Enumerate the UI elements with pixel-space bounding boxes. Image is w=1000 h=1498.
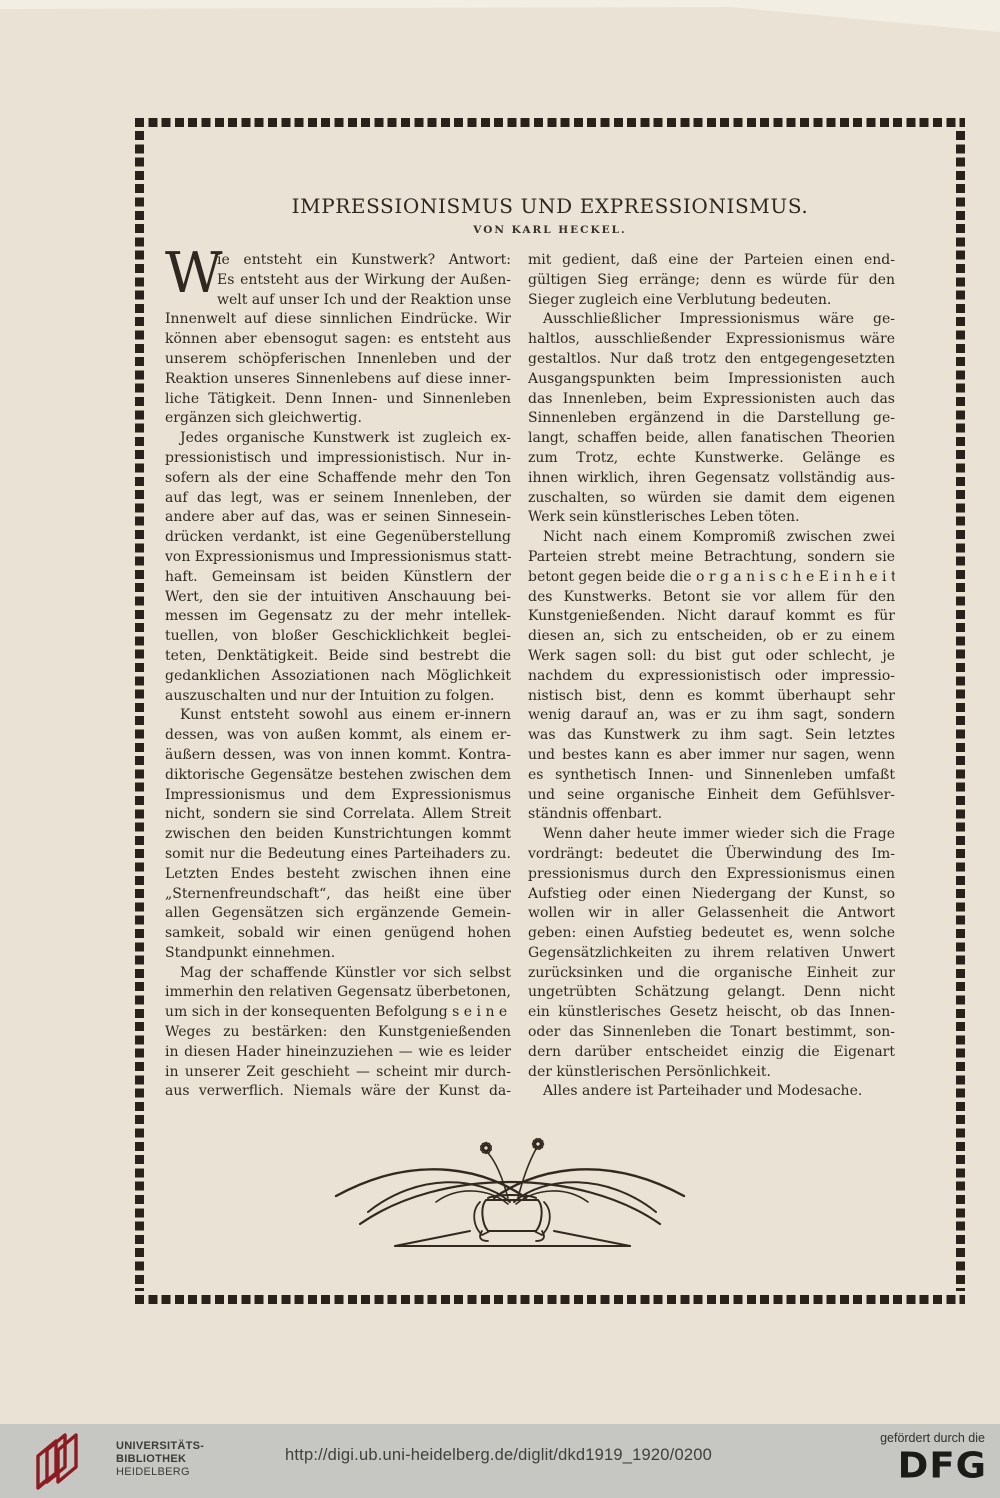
article-body: Wie entsteht ein Kunstwerk? Antwort:Es e… — [165, 251, 895, 1102]
paragraph: mit gedient, daß eine der Parteien einen… — [528, 251, 895, 310]
text-line: der künstlerischen Persönlichkeit. — [528, 1063, 895, 1083]
university-library-heidelberg-logo-icon — [28, 1432, 106, 1492]
text-line: auszuschalten und nur der Intuition zu f… — [165, 687, 511, 707]
text-line: gültigen Sieg erränge; denn es würde für… — [528, 271, 895, 291]
text-line: in unserer Zeit geschieht — scheint mir … — [165, 1063, 511, 1083]
text-line: gedanklichen Assoziationen nach Möglichk… — [165, 667, 511, 687]
text-line: Standpunkt einnehmen. — [165, 944, 511, 964]
text-line: aus verwerflich. Niemals wäre der Kunst … — [165, 1082, 511, 1102]
text-line: „Sternenfreundschaft“, das heißt eine üb… — [165, 885, 511, 905]
text-line: unserem schöpferischen Innenleben und de… — [165, 350, 511, 370]
page-scan-edge — [0, 0, 1000, 34]
text-line: wollen wir in aller Gelassenheit die Ant… — [528, 904, 895, 924]
text-line: Nicht nach einem Kompromiß zwischen zwei — [528, 528, 895, 548]
text-line: oder das Sinnenleben die Tonart bestimmt… — [528, 1023, 895, 1043]
text-line: Letzten Endes besteht zwischen ihnen ein… — [165, 865, 511, 885]
text-line: teten, Denktätigkeit. Beide sind bestreb… — [165, 647, 511, 667]
text-line: Kunst entsteht sowohl aus einem er-inner… — [165, 706, 511, 726]
text-line: pressionismus durch den Expressionismus … — [528, 865, 895, 885]
paragraph: Jedes organische Kunstwerk ist zugleich … — [165, 429, 511, 706]
text-line: zum Trotz, echte Kunstwerke. Gelänge es — [528, 449, 895, 469]
text-line: ergänzen sich gleichwertig. — [165, 409, 511, 429]
text-line: Wenn daher heute immer wieder sich die F… — [528, 825, 895, 845]
text-line: welt auf unser Ich und der Reaktion unse… — [217, 291, 511, 311]
text-line: nachdem du expressionistisch oder impres… — [528, 667, 895, 687]
text-line: Werk sagen soll: du bist gut oder schlec… — [528, 647, 895, 667]
text-line: betont gegen beide die o r g a n i s c h… — [528, 568, 895, 588]
text-line: Alles andere ist Parteihader und Modesac… — [528, 1082, 895, 1102]
text-line: Reaktion unseres Sinnenlebens auf diese … — [165, 370, 511, 390]
paragraph: Nicht nach einem Kompromiß zwischen zwei… — [528, 528, 895, 825]
funding-note: gefördert durch die — [880, 1431, 985, 1445]
text-line: zwischen den beiden Kunstrichtungen komm… — [165, 825, 511, 845]
library-name-line1: UNIVERSITÄTS- — [116, 1440, 204, 1453]
text-line: ie entsteht ein Kunstwerk? Antwort: — [217, 251, 511, 271]
digitized-document-url: http://digi.ub.uni-heidelberg.de/diglit/… — [285, 1446, 712, 1465]
text-line: das Innenleben, beim Expressionisten auc… — [528, 390, 895, 410]
text-line: Es entsteht aus der Wirkung der Außen- — [217, 271, 511, 291]
text-line: ungetrübten Schätzung gelangt. Denn nich… — [528, 983, 895, 1003]
paragraph: Ausschließlicher Impressionismus wäre ge… — [528, 310, 895, 528]
text-line: liche Tätigkeit. Denn Innen- und Sinnenl… — [165, 390, 511, 410]
text-line: in diesen Hader hineinzuziehen — wie es … — [165, 1043, 511, 1063]
text-line: nicht, sondern sie sind Correlata. Allem… — [165, 805, 511, 825]
text-line: zurücksinken und die organische Einheit … — [528, 964, 895, 984]
text-line: ihnen wirklich, ihren Gegensatz vollstän… — [528, 469, 895, 489]
text-line: Gegensätzlichkeiten zu ihrem relativen U… — [528, 944, 895, 964]
text-line: Jedes organische Kunstwerk ist zugleich … — [165, 429, 511, 449]
text-line: Aufstieg oder einen Niedergang der Kunst… — [528, 885, 895, 905]
text-line: und seine organische Einheit dem Gefühls… — [528, 786, 895, 806]
text-line: Parteien strebt meine Betrachtung, sonde… — [528, 548, 895, 568]
text-line: samkeit, sobald wir einen genügend hohen — [165, 924, 511, 944]
text-line: wenig darauf an, was er zu ihm sagt, son… — [528, 706, 895, 726]
paragraph: Alles andere ist Parteihader und Modesac… — [528, 1082, 895, 1102]
scanned-page: IMPRESSIONISMUS UND EXPRESSIONISMUS. VON… — [0, 0, 1000, 1424]
text-line: ein künstlerisches Gesetz heischt, ob da… — [528, 1003, 895, 1023]
text-line: haft. Gemeinsam ist beiden Künstlern der — [165, 568, 511, 588]
text-line: mit gedient, daß eine der Parteien einen… — [528, 251, 895, 271]
text-line: tuellen, von bloßer Geschicklichkeit beg… — [165, 627, 511, 647]
text-line: diesen an, sich zu entscheiden, ob er zu… — [528, 627, 895, 647]
library-name-line3: HEIDELBERG — [116, 1466, 204, 1479]
text-line: messen im Gegensatz zu der mehr intellek… — [165, 607, 511, 627]
text-line: zuschalten, so würden sie damit dem eige… — [528, 489, 895, 509]
text-line: immerhin den relativen Gegensatz überbet… — [165, 983, 511, 1003]
library-name-line2: BIBLIOTHEK — [116, 1453, 204, 1466]
text-line: somit nur die Bedeutung eines Parteihade… — [165, 845, 511, 865]
text-line: Mag der schaffende Künstler vor sich sel… — [165, 964, 511, 984]
text-line: ständnis offenbart. — [528, 805, 895, 825]
text-line: und bestes kann es aber immer nur sagen,… — [528, 746, 895, 766]
text-line: Wert, den sie der intuitiven Anschauung … — [165, 588, 511, 608]
text-line: es synthetisch Innen- und Sinnenleben um… — [528, 766, 895, 786]
text-line: dessen, was von außen kommt, als einem e… — [165, 726, 511, 746]
text-line: Ausgangspunkten beim Impressionisten auc… — [528, 370, 895, 390]
paragraph: Wie entsteht ein Kunstwerk? Antwort:Es e… — [165, 251, 511, 429]
text-line: Kunstgenießenden. Nicht darauf kommt es … — [528, 607, 895, 627]
border-left — [135, 131, 144, 1291]
text-line: Impressionismus und dem Expressionismus — [165, 786, 511, 806]
text-line: vordrängt: bedeutet die Überwindung des … — [528, 845, 895, 865]
text-line: Innenwelt auf diese sinnlichen Eindrücke… — [165, 310, 511, 330]
text-line: haltlos, ausschließender Expressionismus… — [528, 330, 895, 350]
text-line: auf das legt, was er seinem Innenleben, … — [165, 489, 511, 509]
paragraph: Wenn daher heute immer wieder sich die F… — [528, 825, 895, 1082]
article-byline: VON KARL HECKEL. — [135, 224, 965, 236]
text-line: können aber ebensogut sagen: es entsteht… — [165, 330, 511, 350]
text-line: Sieger zugleich eine Verblutung bedeuten… — [528, 291, 895, 311]
article-column-left: Wie entsteht ein Kunstwerk? Antwort:Es e… — [165, 251, 511, 1102]
text-line: um sich in der konsequenten Befolgung s … — [165, 1003, 511, 1023]
text-line: geben: einen Aufstieg bedeutet es, wenn … — [528, 924, 895, 944]
border-right — [956, 131, 965, 1291]
library-name: UNIVERSITÄTS- BIBLIOTHEK HEIDELBERG — [116, 1440, 204, 1479]
flower-urn-vignette-icon — [330, 1132, 690, 1258]
text-line: des Kunstwerks. Betont sie vor allem für… — [528, 588, 895, 608]
border-bottom — [135, 1295, 965, 1304]
paragraph: Mag der schaffende Künstler vor sich sel… — [165, 964, 511, 1103]
digitization-footer-bar: UNIVERSITÄTS- BIBLIOTHEK HEIDELBERG http… — [0, 1424, 1000, 1498]
text-line: Werk sein künstlerisches Leben töten. — [528, 508, 895, 528]
text-line: Ausschließlicher Impressionismus wäre ge… — [528, 310, 895, 330]
text-line: gestaltlos. Nur daß trotz den entgegenge… — [528, 350, 895, 370]
text-line: langt, schaffen beide, allen fanatischen… — [528, 429, 895, 449]
paragraph: Kunst entsteht sowohl aus einem er-inner… — [165, 706, 511, 963]
text-line: drücken verdankt, ist eine Gegenüberstel… — [165, 528, 511, 548]
dfg-logo: DFG — [898, 1445, 987, 1486]
dropcap-initial: W — [165, 252, 213, 291]
text-line: sofern als der eine Schaffende mehr den … — [165, 469, 511, 489]
article-title: IMPRESSIONISMUS UND EXPRESSIONISMUS. — [135, 194, 965, 218]
text-line: allen Gegensätzen sich ergänzende Gemein… — [165, 904, 511, 924]
text-line: was das Kunstwerk zu ihm sagt. Sein letz… — [528, 726, 895, 746]
text-line: diktorische Gegensätze bestehen zwischen… — [165, 766, 511, 786]
text-line: dern darüber entscheidet einzig die Eige… — [528, 1043, 895, 1063]
text-line: Weges zu bestärken: den Kunstgenießenden — [165, 1023, 511, 1043]
text-line: andere aber auf das, was er seinen Sinne… — [165, 508, 511, 528]
ornamental-square-border: IMPRESSIONISMUS UND EXPRESSIONISMUS. VON… — [135, 118, 965, 1304]
border-top — [135, 118, 965, 127]
text-line: pressionistisch und impressionistisch. N… — [165, 449, 511, 469]
text-line: nistisch bist, denn es kommt überhaupt s… — [528, 687, 895, 707]
article-column-right: mit gedient, daß eine der Parteien einen… — [528, 251, 895, 1102]
text-line: äußern dessen, was von innen kommt. Kont… — [165, 746, 511, 766]
text-line: Sinnenleben ergänzend in die Darstellung… — [528, 409, 895, 429]
text-line: von Expressionismus und Impressionismus … — [165, 548, 511, 568]
